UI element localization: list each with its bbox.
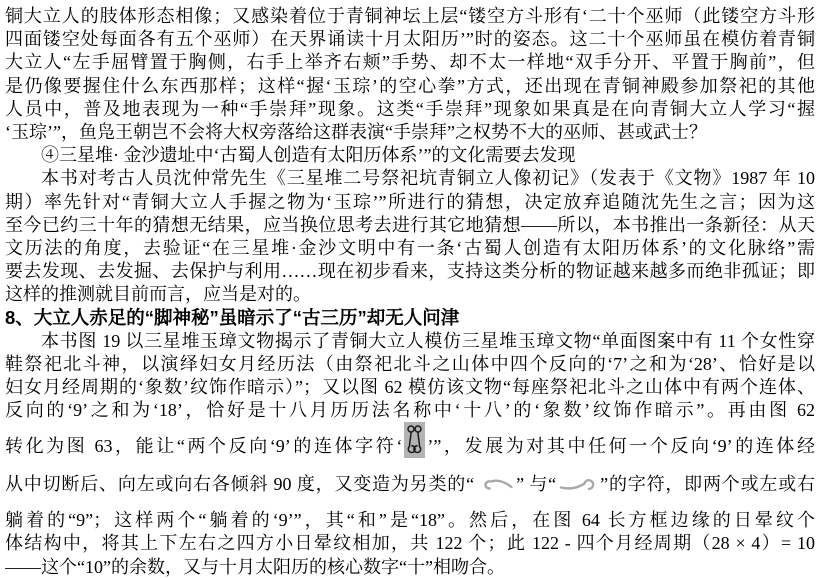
text-segment: 从中切断后、向左或向右各倾斜 90 度，又变造为另类的“	[5, 474, 474, 494]
subsection-heading: ④三星堆· 金沙遗址中‘古蜀人创造有太阳历体系’”的文化需要去发现	[5, 144, 815, 167]
text-line: 期）率先针对“青铜大立人手握之物为‘玉琮’”所进行的猜想，决定放弃追随沈先生之言…	[5, 191, 815, 214]
text-line: 大立人“左手屈臂置于胸侧，右手上举齐右颊”手势、却不太一样地“双手分开、平置于胸…	[5, 51, 815, 74]
text-segment: ’”，发展为对其中任何一个反向‘9’的连体经	[427, 437, 815, 457]
text-line: 本书图 19 以三星堆玉璋文物揭示了青铜大立人模仿三星堆玉璋文物“单面图案中有 …	[5, 330, 815, 353]
text-line: 铜大立人的肢体形态相像；又感染着位于青铜神坛上层“镂空方斗形有‘二十个巫师（此镂…	[5, 5, 815, 28]
text-line: 人员中，普及地表现为一种“手崇拜”现象。这类“手崇拜”现象如果真是在向青铜大立人…	[5, 98, 815, 121]
text-line: 鞋祭祀北斗神，以演绎妇女月经历法（由祭祀北斗之山体中四个反向的‘7’之和为‘28…	[5, 353, 815, 376]
text-line: 反向的‘9’之和为‘18’，恰好是十八月历历法名称中‘十八’的‘象数’纹饰作暗示…	[5, 399, 815, 422]
document-page: 铜大立人的肢体形态相像；又感染着位于青铜神坛上层“镂空方斗形有‘二十个巫师（此镂…	[0, 0, 819, 578]
text-line-with-glyphs: 从中切断后、向左或向右各倾斜 90 度，又变造为另类的“” 与“”的字符，即两个…	[5, 465, 815, 504]
text-segment: ” 与“	[516, 474, 556, 494]
text-line: ‘玉琮’”，鱼凫王朝岂不会将大权旁落给这群表演“手崇拜”之权势不大的巫师、甚或武…	[5, 121, 815, 144]
text-line: 妇女月经周期的‘象数’纹饰作暗示）”；又以图 62 模仿该文物“每座祭祀北斗之山…	[5, 376, 815, 399]
text-segment: 转化为图 63，能让“两个反向‘9’的连体字符‘	[5, 437, 402, 457]
text-line: 文历法的角度，去验证“在三星堆·金沙文明中有一条‘古蜀人创造有太阳历体系’的文化…	[5, 237, 815, 260]
lying-nine-loop-right-glyph-image	[558, 476, 598, 496]
text-line: 躺着的“9”；这样两个“躺着的‘9’”，其“和”是“18”。然后，在图 64 长…	[5, 504, 815, 532]
text-line-with-glyph: 转化为图 63，能让“两个反向‘9’的连体字符‘’”，发展为对其中任何一个反向‘…	[5, 422, 815, 465]
double-reversed-nine-ligature-image	[404, 422, 425, 465]
text-line: 这样的推测就目前而言，应当是对的。	[5, 283, 815, 306]
text-line: 体结构中，将其上下左右之四方小日晕纹相加，共 122 个；此 122 - 四个月…	[5, 532, 815, 555]
section-heading: 8、大立人赤足的“脚神秘”虽暗示了“古三历”却无人问津	[5, 306, 815, 329]
text-line: 四面镂空处每面各有五个巫师）在天界诵读十月太阳历’”时的姿态。这二十个巫师虽在模…	[5, 28, 815, 51]
text-line: 要去发现、去发掘、去保护与利用……现在初步看来，支持这类分析的物证越来越多而绝非…	[5, 260, 815, 283]
lying-nine-loop-left-glyph-image	[476, 476, 514, 496]
text-line: 是仍像要握住什么东西那样；这样“握‘玉琮’的空心拳”方式，还出现在青铜神殿参加祭…	[5, 75, 815, 98]
text-segment: ”的字符，即两个或左或右	[600, 474, 815, 494]
text-line: ——这个“10”的余数，又与十月太阳历的核心数字“十”相吻合。	[5, 556, 815, 578]
text-line: 本书对考古人员沈仲常先生《三星堆二号祭祀坑青铜立人像初记》（发表于《文物》198…	[5, 167, 815, 190]
text-line: 至今已约三十年的猜想无结果，应当换位思考去进行其它地猜想——所以，本书推出一条新…	[5, 214, 815, 237]
